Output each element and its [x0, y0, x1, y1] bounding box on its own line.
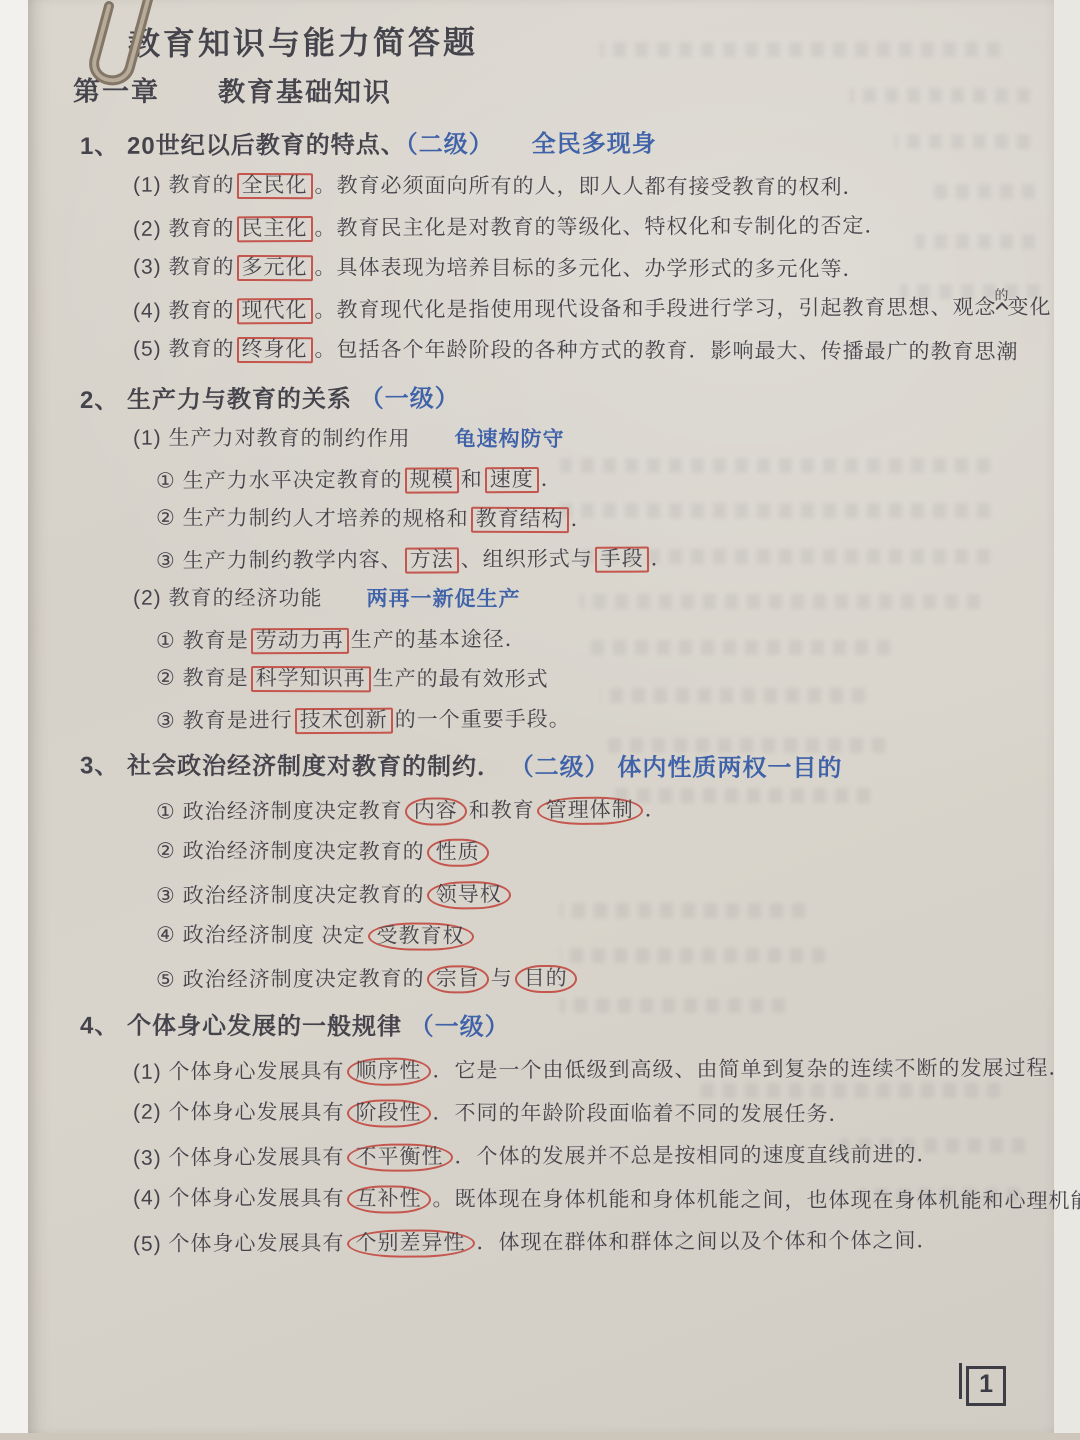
handwritten-text: ② 生产力制约人才培养的规格和 — [156, 507, 469, 531]
red-circled-term: 目的 — [515, 965, 577, 993]
handwritten-text: (1) 生产力对教育的制约作用 — [133, 427, 455, 451]
note-line: (2) 教育的经济功能 两再一新促生产 — [28, 587, 1054, 615]
mnemonic-blue-text: 龟速构防守 — [454, 428, 564, 451]
handwritten-text: 和教育 — [469, 799, 535, 822]
handwritten-text: 变化 — [1007, 296, 1051, 319]
note-line: 2、 生产力与教育的关系 （一级） — [28, 383, 1054, 416]
handwritten-text: ．不同的年龄阶段面临着不同的发展任务． — [432, 1102, 850, 1126]
handwritten-text: (2) 教育的经济功能 — [133, 587, 367, 611]
handwritten-text: 。教育现代化是指使用现代设备和手段进行学习，引起教育思想、观念 — [314, 296, 996, 322]
note-line: (3) 教育的多元化。具体表现为培养目标的多元化、办学形式的多元化等． — [28, 254, 1054, 284]
handwritten-text: ① 生产力水平决定教育的 — [156, 469, 403, 493]
notes-body: 教育知识与能力简答题第一章 教育基础知识1、 20世纪以后教育的特点、（二级） … — [28, 0, 1054, 1257]
red-boxed-term: 全民化 — [236, 173, 312, 199]
note-line: ③ 教育是进行技术创新的一个重要手段。 — [28, 705, 1054, 736]
note-line: ③ 政治经济制度决定教育的领导权 — [28, 878, 1054, 911]
photo-bottom-edge — [0, 1433, 1080, 1440]
photo-right-edge — [1054, 0, 1080, 1440]
handwritten-text: ． — [571, 508, 593, 531]
handwritten-text: ． — [645, 798, 667, 821]
red-boxed-term: 科学知识再 — [251, 666, 371, 692]
handwritten-text: 、组织形式与 — [461, 548, 593, 572]
inserted-char: 的 — [994, 287, 1009, 304]
handwritten-text: ③ 教育是进行 — [156, 709, 293, 733]
handwritten-text: ．体现在群体和群体之间以及个体和个体之间． — [476, 1230, 938, 1255]
note-line: ① 生产力水平决定教育的规模和速度． — [28, 465, 1054, 496]
red-boxed-term: 手段 — [595, 547, 649, 573]
note-line: 第一章 教育基础知识 — [28, 76, 1054, 111]
mnemonic-blue-text: （一级） — [360, 386, 460, 413]
handwritten-text: (1) 教育的 — [133, 173, 235, 196]
handwritten-text: ② 教育是 — [156, 667, 249, 690]
note-line: (1) 个体身心发展具有顺序性．它是一个由低级到高级、由简单到复杂的连续不断的发… — [28, 1055, 1054, 1088]
handwritten-text: (5) 教育的 — [133, 338, 235, 361]
handwritten-text: 和 — [461, 468, 483, 491]
red-circled-term: 不平衡性 — [346, 1144, 452, 1173]
handwritten-text: ② 政治经济制度决定教育的 — [156, 839, 425, 863]
red-circled-term: 个别差异性 — [346, 1230, 474, 1259]
red-boxed-term: 技术创新 — [295, 708, 393, 734]
handwritten-text: ① 政治经济制度决定教育 — [156, 799, 403, 823]
mnemonic-blue-text: （二级） — [406, 131, 482, 158]
red-circled-term: 内容 — [405, 797, 467, 825]
note-line: (4) 个体身心发展具有互补性。既体现在身体机能和身体机能之间，也体现在身体机能… — [28, 1184, 1054, 1216]
mnemonic-blue-text: 两再一新促生产 — [366, 588, 520, 612]
handwritten-text: (5) 个体身心发展具有 — [133, 1232, 345, 1256]
handwritten-text: 。既体现在身体机能和身体机能之间，也体现在身体机能和心理机能之间． — [432, 1188, 1080, 1214]
photo-left-edge — [0, 0, 28, 1440]
note-line: (4) 教育的现代化。教育现代化是指使用现代设备和手段进行学习，引起教育思想、观… — [28, 295, 1054, 326]
red-boxed-term: 劳动力再 — [251, 628, 349, 654]
red-circled-term: 顺序性 — [346, 1058, 430, 1086]
note-line: ⑤ 政治经济制度决定教育的宗旨与目的 — [28, 963, 1054, 996]
mnemonic-blue-text: （二级） — [510, 754, 610, 781]
handwritten-text: ⑤ 政治经济制度决定教育的 — [156, 967, 425, 991]
note-line: (1) 生产力对教育的制约作用 龟速构防守 — [28, 427, 1054, 455]
red-circled-term: 宗旨 — [427, 965, 489, 993]
handwritten-text: 。教育民主化是对教育的等级化、特权化和专制化的否定． — [314, 214, 886, 239]
note-line: (2) 个体身心发展具有阶段性．不同的年龄阶段面临着不同的发展任务． — [28, 1098, 1054, 1130]
mnemonic-blue-text: 全民多现身 — [482, 130, 657, 158]
handwritten-text: 。包括各个年龄阶段的各种方式的教育．影响最大、传播最广的教育思潮 — [314, 338, 1018, 363]
mnemonic-blue-text: 体内性质两权一目的 — [610, 755, 843, 783]
handwritten-text: 教育知识与能力简答题 — [128, 24, 478, 62]
red-boxed-term: 多元化 — [236, 255, 312, 281]
red-boxed-term: 方法 — [405, 548, 459, 574]
handwritten-text: 生产的最有效形式 — [373, 668, 549, 692]
handwritten-text: (2) 个体身心发展具有 — [133, 1101, 345, 1125]
red-boxed-term: 现代化 — [236, 298, 312, 324]
note-line: ① 政治经济制度决定教育内容和教育管理体制． — [28, 794, 1054, 827]
note-line: ② 政治经济制度决定教育的性质 — [28, 837, 1054, 869]
handwritten-text: ① 教育是 — [156, 629, 249, 652]
note-line: (5) 个体身心发展具有个别差异性．体现在群体和群体之间以及个体和个体之间． — [28, 1227, 1054, 1260]
note-line: 4、 个体身心发展的一般规律 （一级） — [28, 1012, 1054, 1044]
red-boxed-term: 终身化 — [236, 337, 312, 363]
note-line: (5) 教育的终身化。包括各个年龄阶段的各种方式的教育．影响最大、传播最广的教育… — [28, 336, 1054, 366]
red-boxed-term: 民主化 — [236, 216, 312, 242]
handwritten-text: ④ 政治经济制度 决定 — [156, 923, 366, 947]
note-line: 教育知识与能力简答题 — [28, 22, 1054, 64]
note-line: ② 教育是科学知识再生产的最有效形式 — [28, 665, 1054, 695]
note-line: (3) 个体身心发展具有不平衡性．个体的发展并不总是按相同的速度直线前进的． — [28, 1141, 1054, 1174]
handwritten-text: ③ 政治经济制度决定教育的 — [156, 883, 425, 907]
page-number: 1 — [979, 1370, 993, 1398]
handwritten-text: 1、 20世纪以后教育的特点、 — [80, 131, 406, 159]
handwritten-text: ． — [651, 548, 673, 571]
note-line: ① 教育是劳动力再生产的基本途径． — [28, 625, 1054, 656]
red-circled-term: 管理体制 — [537, 796, 643, 825]
handwritten-text: (4) 个体身心发展具有 — [133, 1187, 345, 1211]
red-circled-term: 性质 — [427, 838, 489, 866]
handwritten-text: 生产的基本途径． — [351, 628, 527, 652]
handwritten-text: 4、 个体身心发展的一般规律 — [80, 1012, 410, 1040]
handwritten-text: ③ 生产力制约教学内容、 — [156, 549, 403, 573]
handwritten-text: (2) 教育的 — [133, 217, 235, 240]
handwritten-text: (4) 教育的 — [133, 299, 235, 322]
handwritten-text: (1) 个体身心发展具有 — [133, 1060, 345, 1084]
note-line: 1、 20世纪以后教育的特点、（二级） 全民多现身 — [28, 128, 1054, 161]
mnemonic-blue-text: （一级） — [410, 1013, 510, 1040]
handwritten-text: 。具体表现为培养目标的多元化、办学形式的多元化等． — [314, 256, 864, 281]
note-line: (1) 教育的全民化。教育必须面向所有的人，即人人都有接受教育的权利． — [28, 172, 1054, 202]
handwritten-text: 与 — [491, 967, 513, 990]
handwritten-text: (3) 个体身心发展具有 — [133, 1146, 345, 1170]
red-circled-term: 阶段性 — [346, 1100, 430, 1128]
red-circled-term: 互补性 — [346, 1186, 430, 1214]
red-circled-term: 领导权 — [427, 881, 511, 909]
note-line: (2) 教育的民主化。教育民主化是对教育的等级化、特权化和专制化的否定． — [28, 213, 1054, 244]
handwritten-text: 的一个重要手段。 — [395, 708, 571, 732]
red-boxed-term: 教育结构 — [471, 507, 569, 533]
red-boxed-term: 规模 — [405, 468, 459, 494]
note-line: 3、 社会政治经济制度对教育的制约． （二级） 体内性质两权一目的 — [28, 752, 1054, 784]
handwritten-text: 2、 生产力与教育的关系 — [80, 386, 360, 414]
note-line: ④ 政治经济制度 决定受教育权 — [28, 921, 1054, 953]
handwritten-text: (3) 教育的 — [133, 256, 235, 279]
red-boxed-term: 速度 — [485, 467, 539, 493]
handwritten-text: ． — [541, 468, 563, 491]
note-line: ③ 生产力制约教学内容、方法、组织形式与手段． — [28, 545, 1054, 576]
note-line: ② 生产力制约人才培养的规格和教育结构． — [28, 505, 1054, 535]
page-number-box: 1 — [966, 1366, 1006, 1406]
handwritten-text: 3、 社会政治经济制度对教育的制约． — [80, 753, 510, 781]
red-circled-term: 受教育权 — [367, 922, 473, 950]
handwritten-text: ．它是一个由低级到高级、由简单到复杂的连续不断的发展过程． — [432, 1057, 1070, 1083]
handwritten-text: ．个体的发展并不总是按相同的速度直线前进的． — [454, 1144, 938, 1169]
handwritten-text: 。教育必须面向所有的人，即人人都有接受教育的权利． — [314, 174, 864, 199]
